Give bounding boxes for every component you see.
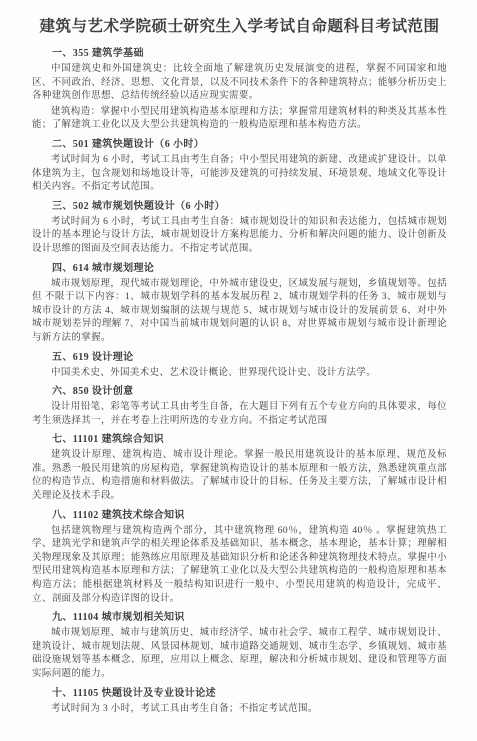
- section-heading: 五、619 设计理论: [32, 351, 447, 365]
- section-heading: 二、501 建筑快题设计（6 小时）: [32, 138, 447, 152]
- exam-section-501: 二、501 建筑快题设计（6 小时） 考试时间为 6 小时，考试工具由考生自备；…: [32, 138, 447, 195]
- page-title: 建筑与艺术学院硕士研究生入学考试自命题科目考试范围: [32, 16, 447, 38]
- exam-section-355: 一、355 建筑学基础 中国建筑史和外国建筑史：比较全面地了解建筑历史发展演变的…: [32, 47, 447, 133]
- section-heading: 一、355 建筑学基础: [32, 47, 447, 61]
- section-paragraph: 城市规划原理，现代城市规划理论，中外城市建设史，区域发展与规划，乡镇规划等。包括…: [32, 278, 447, 346]
- exam-section-619: 五、619 设计理论 中国美术史、外国美术史、艺术设计概论、世界现代设计史、设计…: [32, 351, 447, 381]
- document-page: 建筑与艺术学院硕士研究生入学考试自命题科目考试范围 一、355 建筑学基础 中国…: [0, 0, 477, 741]
- exam-section-11101: 七、11101 建筑综合知识 建筑设计原理、建筑构造、城市设计理论。掌握一般民用…: [32, 433, 447, 503]
- section-paragraph: 中国美术史、外国美术史、艺术设计概论、世界现代设计史、设计方法学。: [32, 367, 447, 381]
- section-paragraph: 考试时间为 6 小时，考试工具由考生自备；中小型民用建筑的新建、改建或扩建设计。…: [32, 154, 447, 195]
- exam-section-502: 三、502 城市规划快题设计（6 小时） 考试时间为 6 小时，考试工具由考生自…: [32, 200, 447, 257]
- section-paragraph: 建筑设计原理、建筑构造、城市设计理论。掌握一般民用建筑设计的基本原理、规范及标准…: [32, 449, 447, 503]
- section-heading: 九、11104 城市规划相关知识: [32, 611, 447, 625]
- exam-section-11104: 九、11104 城市规划相关知识 城市规划原理、城市与建筑历史、城市经济学、城市…: [32, 611, 447, 681]
- section-heading: 四、614 城市规划理论: [32, 262, 447, 276]
- exam-section-850: 六、850 设计创意 设计用铅笔、彩笔等考试工具由考生自备，在大题目下列有五个专…: [32, 385, 447, 428]
- section-heading: 八、11102 建筑技术综合知识: [32, 509, 447, 523]
- section-paragraph: 建筑构造：掌握中小型民用建筑构造基本原理和方法；掌握常用建筑材料的种类及其基本性…: [32, 106, 447, 133]
- section-heading: 十、11105 快题设计及专业设计论述: [32, 687, 447, 701]
- section-heading: 三、502 城市规划快题设计（6 小时）: [32, 200, 447, 214]
- exam-section-11105: 十、11105 快题设计及专业设计论述 考试时间为 3 小时，考试工具由考生自备…: [32, 687, 447, 717]
- section-paragraph: 包括建筑物理与建筑构造两个部分，其中建筑物理 60％，建筑构造 40％ 。掌握建…: [32, 525, 447, 607]
- section-heading: 七、11101 建筑综合知识: [32, 433, 447, 447]
- section-paragraph: 设计用铅笔、彩笔等考试工具由考生自备，在大题目下列有五个专业方向的具体要求，每位…: [32, 401, 447, 428]
- section-paragraph: 城市规划原理、城市与建筑历史、城市经济学、城市社会学、城市工程学、城市规划设计、…: [32, 627, 447, 681]
- exam-section-11102: 八、11102 建筑技术综合知识 包括建筑物理与建筑构造两个部分，其中建筑物理 …: [32, 509, 447, 607]
- section-paragraph: 考试时间为 6 小时，考试工具由考生自备：城市规划设计的知识和表达能力，包括城市…: [32, 216, 447, 257]
- section-heading: 六、850 设计创意: [32, 385, 447, 399]
- section-paragraph: 考试时间为 3 小时，考试工具由考生自备；不指定考试范围。: [32, 703, 447, 717]
- exam-section-614: 四、614 城市规划理论 城市规划原理，现代城市规划理论，中外城市建设史，区域发…: [32, 262, 447, 346]
- section-paragraph: 中国建筑史和外国建筑史：比较全面地了解建筑历史发展演变的进程，掌握不同国家和地区…: [32, 63, 447, 104]
